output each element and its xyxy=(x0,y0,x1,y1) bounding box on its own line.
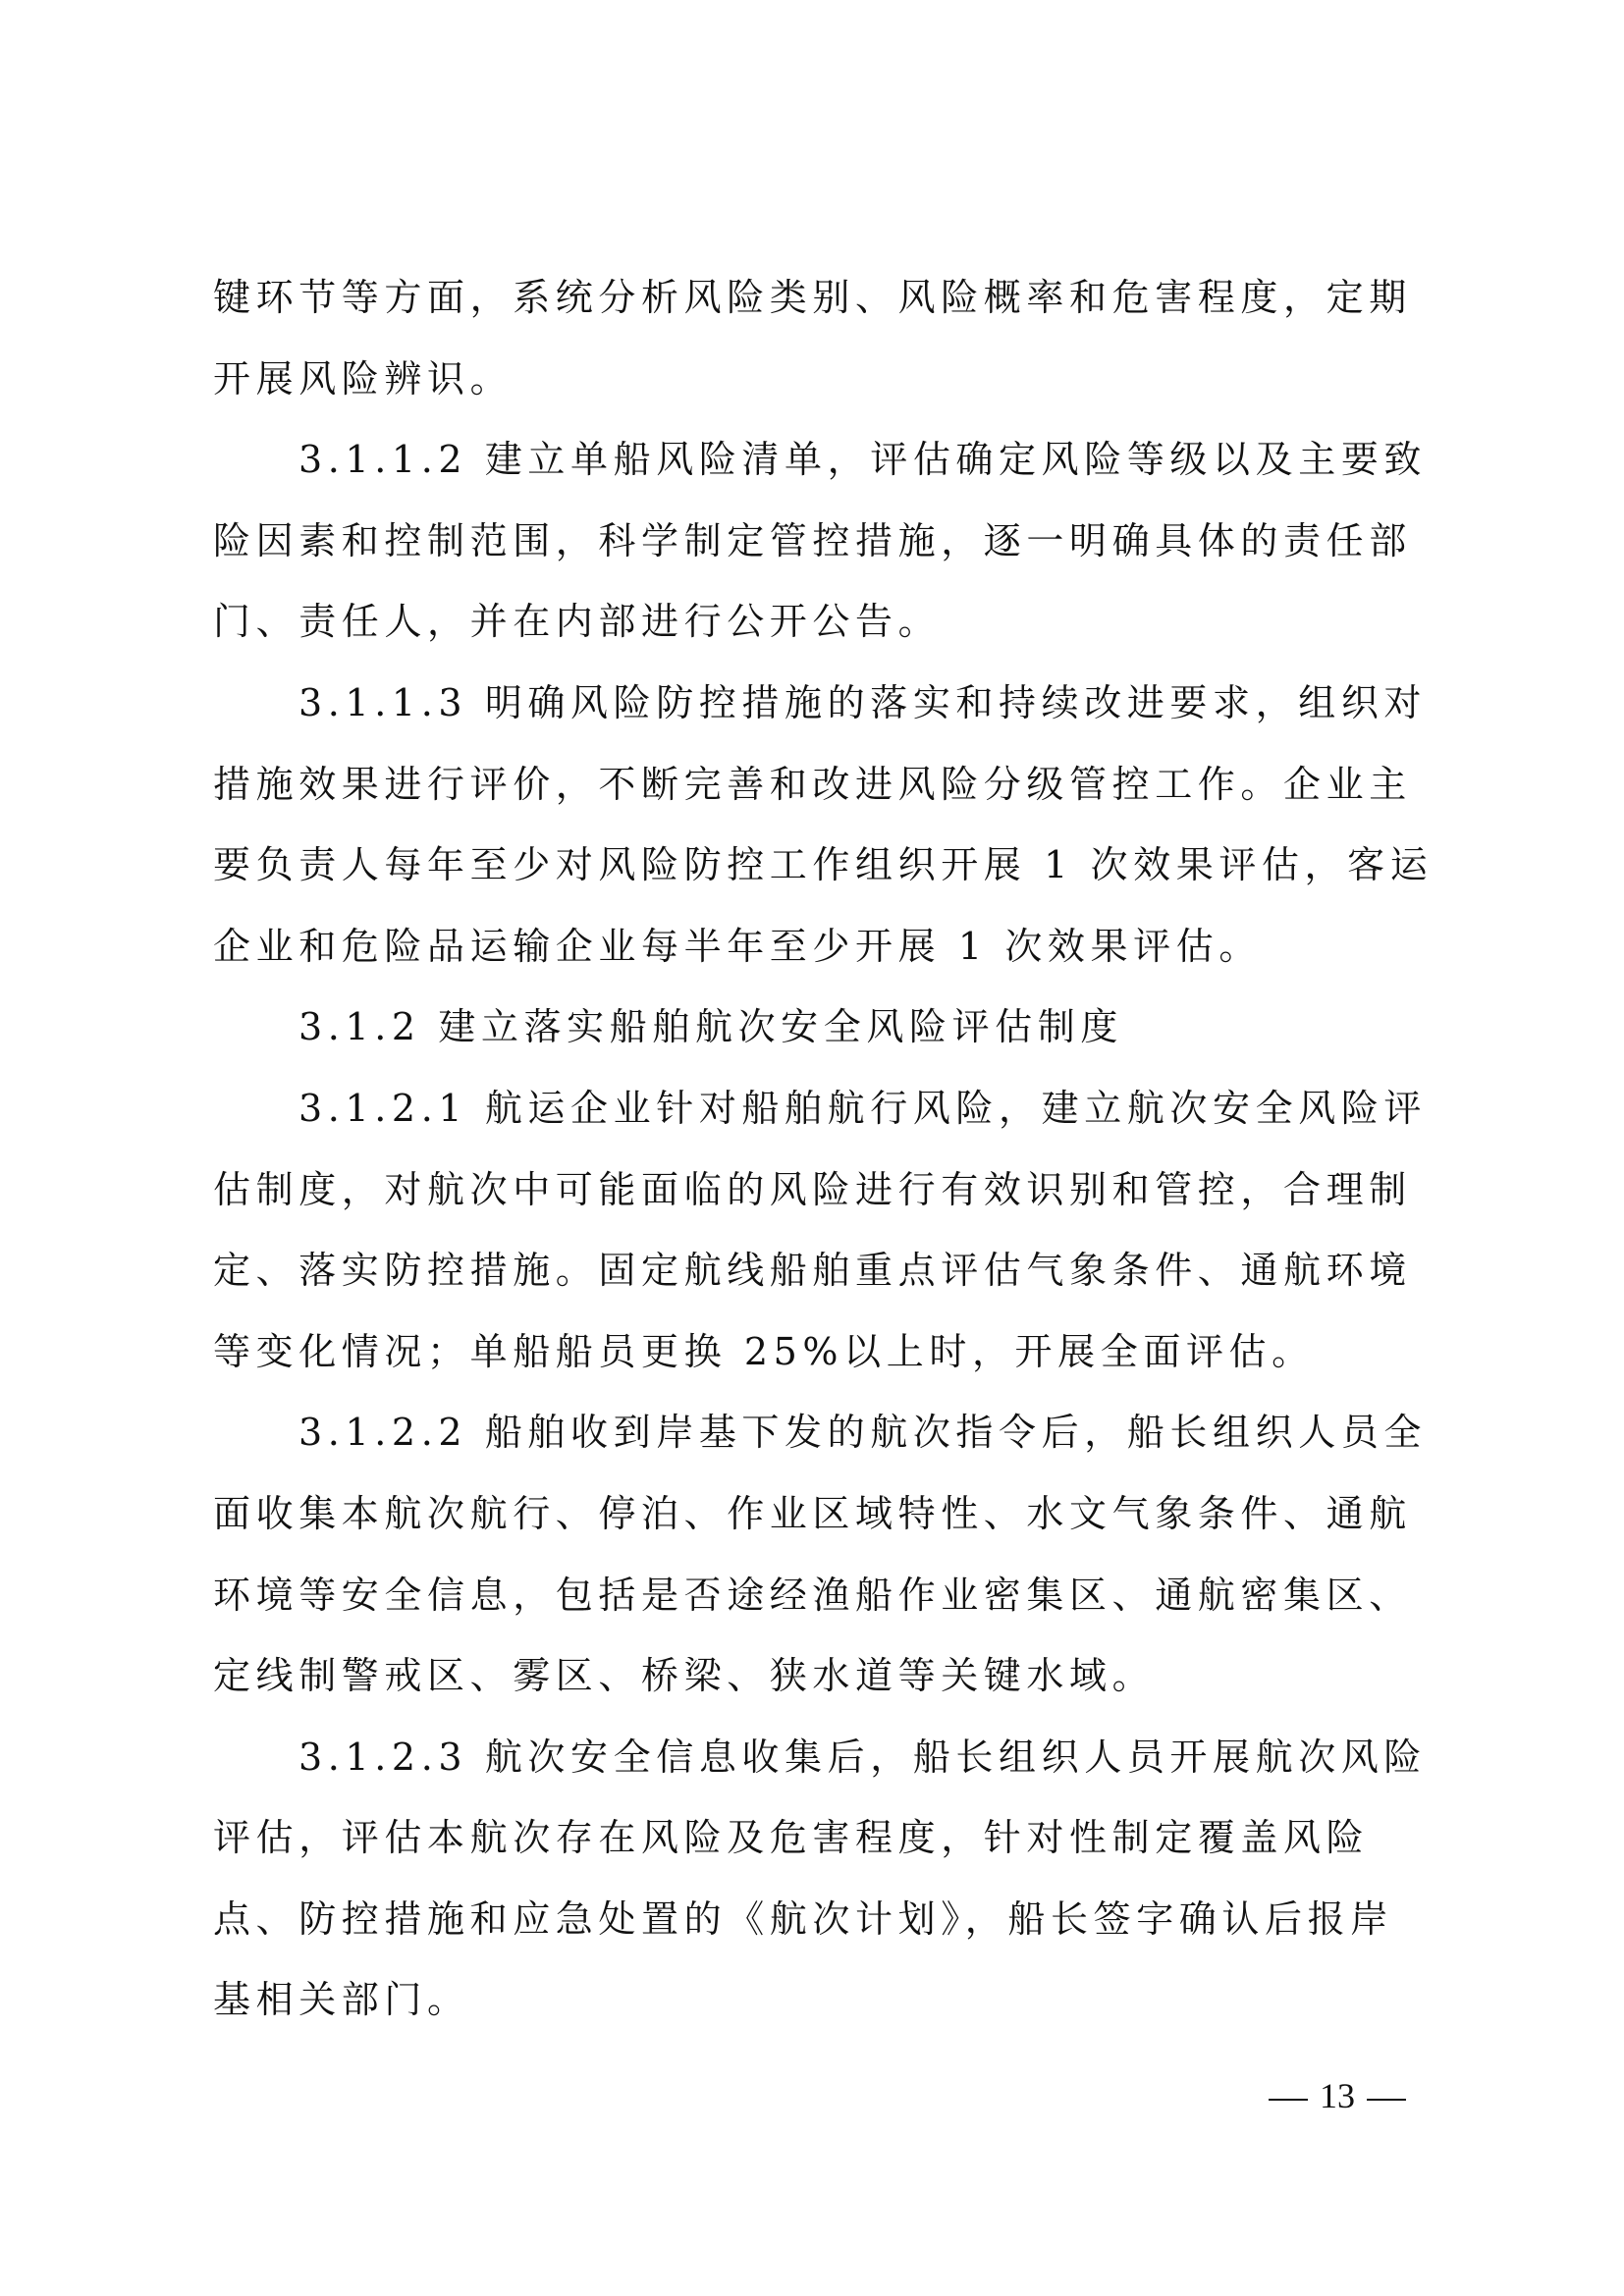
paragraph-3-1-2-3-line-3: 点、防控措施和应急处置的《航次计划》，船长签字确认后报岸 xyxy=(213,1879,1415,1960)
paragraph-3-1-2-3-line-2: 评估，评估本航次存在风险及危害程度，针对性制定覆盖风险 xyxy=(213,1797,1415,1879)
body-text: 键环节等方面，系统分析风险类别、风险概率和危害程度，定期 开展风险辨识。 3.1… xyxy=(213,257,1415,2041)
page-number-value: 13 xyxy=(1320,2076,1355,2115)
paragraph-3-1-1-2-line-1: 3.1.1.2 建立单船风险清单，评估确定风险等级以及主要致 xyxy=(213,419,1415,501)
paragraph-3-1-2-2-line-3: 环境等安全信息，包括是否途经渔船作业密集区、通航密集区、 xyxy=(213,1555,1415,1636)
document-page: 键环节等方面，系统分析风险类别、风险概率和危害程度，定期 开展风险辨识。 3.1… xyxy=(0,0,1624,2296)
paragraph-continuation-line-2: 开展风险辨识。 xyxy=(213,339,1415,420)
paragraph-3-1-2-2-line-4: 定线制警戒区、雾区、桥梁、狭水道等关键水域。 xyxy=(213,1635,1415,1717)
paragraph-3-1-2-1-line-1: 3.1.2.1 航运企业针对船舶航行风险，建立航次安全风险评 xyxy=(213,1068,1415,1149)
page-number-right-dash xyxy=(1367,2099,1406,2101)
page-number-left-dash xyxy=(1269,2099,1308,2101)
paragraph-3-1-1-3-line-1: 3.1.1.3 明确风险防控措施的落实和持续改进要求，组织对 xyxy=(213,663,1415,744)
paragraph-3-1-1-3-line-4: 企业和危险品运输企业每半年至少开展 1 次效果评估。 xyxy=(213,906,1415,988)
paragraph-continuation-line-1: 键环节等方面，系统分析风险类别、风险概率和危害程度，定期 xyxy=(213,257,1415,339)
paragraph-3-1-2-3-line-1: 3.1.2.3 航次安全信息收集后，船长组织人员开展航次风险 xyxy=(213,1717,1415,1798)
paragraph-3-1-2-1-line-3: 定、落实防控措施。固定航线船舶重点评估气象条件、通航环境 xyxy=(213,1230,1415,1311)
paragraph-3-1-2-2-line-1: 3.1.2.2 船舶收到岸基下发的航次指令后，船长组织人员全 xyxy=(213,1392,1415,1473)
paragraph-3-1-1-3-line-2: 措施效果进行评价，不断完善和改进风险分级管控工作。企业主 xyxy=(213,744,1415,826)
paragraph-3-1-1-3-line-3: 要负责人每年至少对风险防控工作组织开展 1 次效果评估，客运 xyxy=(213,825,1415,906)
paragraph-3-1-1-2-line-3: 门、责任人，并在内部进行公开公告。 xyxy=(213,581,1415,663)
paragraph-3-1-2-2-line-2: 面收集本航次航行、停泊、作业区域特性、水文气象条件、通航 xyxy=(213,1473,1415,1555)
paragraph-3-1-2-1-line-2: 估制度，对航次中可能面临的风险进行有效识别和管控，合理制 xyxy=(213,1149,1415,1231)
page-number: 13 xyxy=(1257,2073,1414,2118)
paragraph-3-1-2-3-line-4: 基相关部门。 xyxy=(213,1959,1415,2041)
section-heading-3-1-2: 3.1.2 建立落实船舶航次安全风险评估制度 xyxy=(213,987,1415,1068)
paragraph-3-1-2-1-line-4: 等变化情况；单船船员更换 25%以上时，开展全面评估。 xyxy=(213,1311,1415,1393)
paragraph-3-1-1-2-line-2: 险因素和控制范围，科学制定管控措施，逐一明确具体的责任部 xyxy=(213,501,1415,582)
